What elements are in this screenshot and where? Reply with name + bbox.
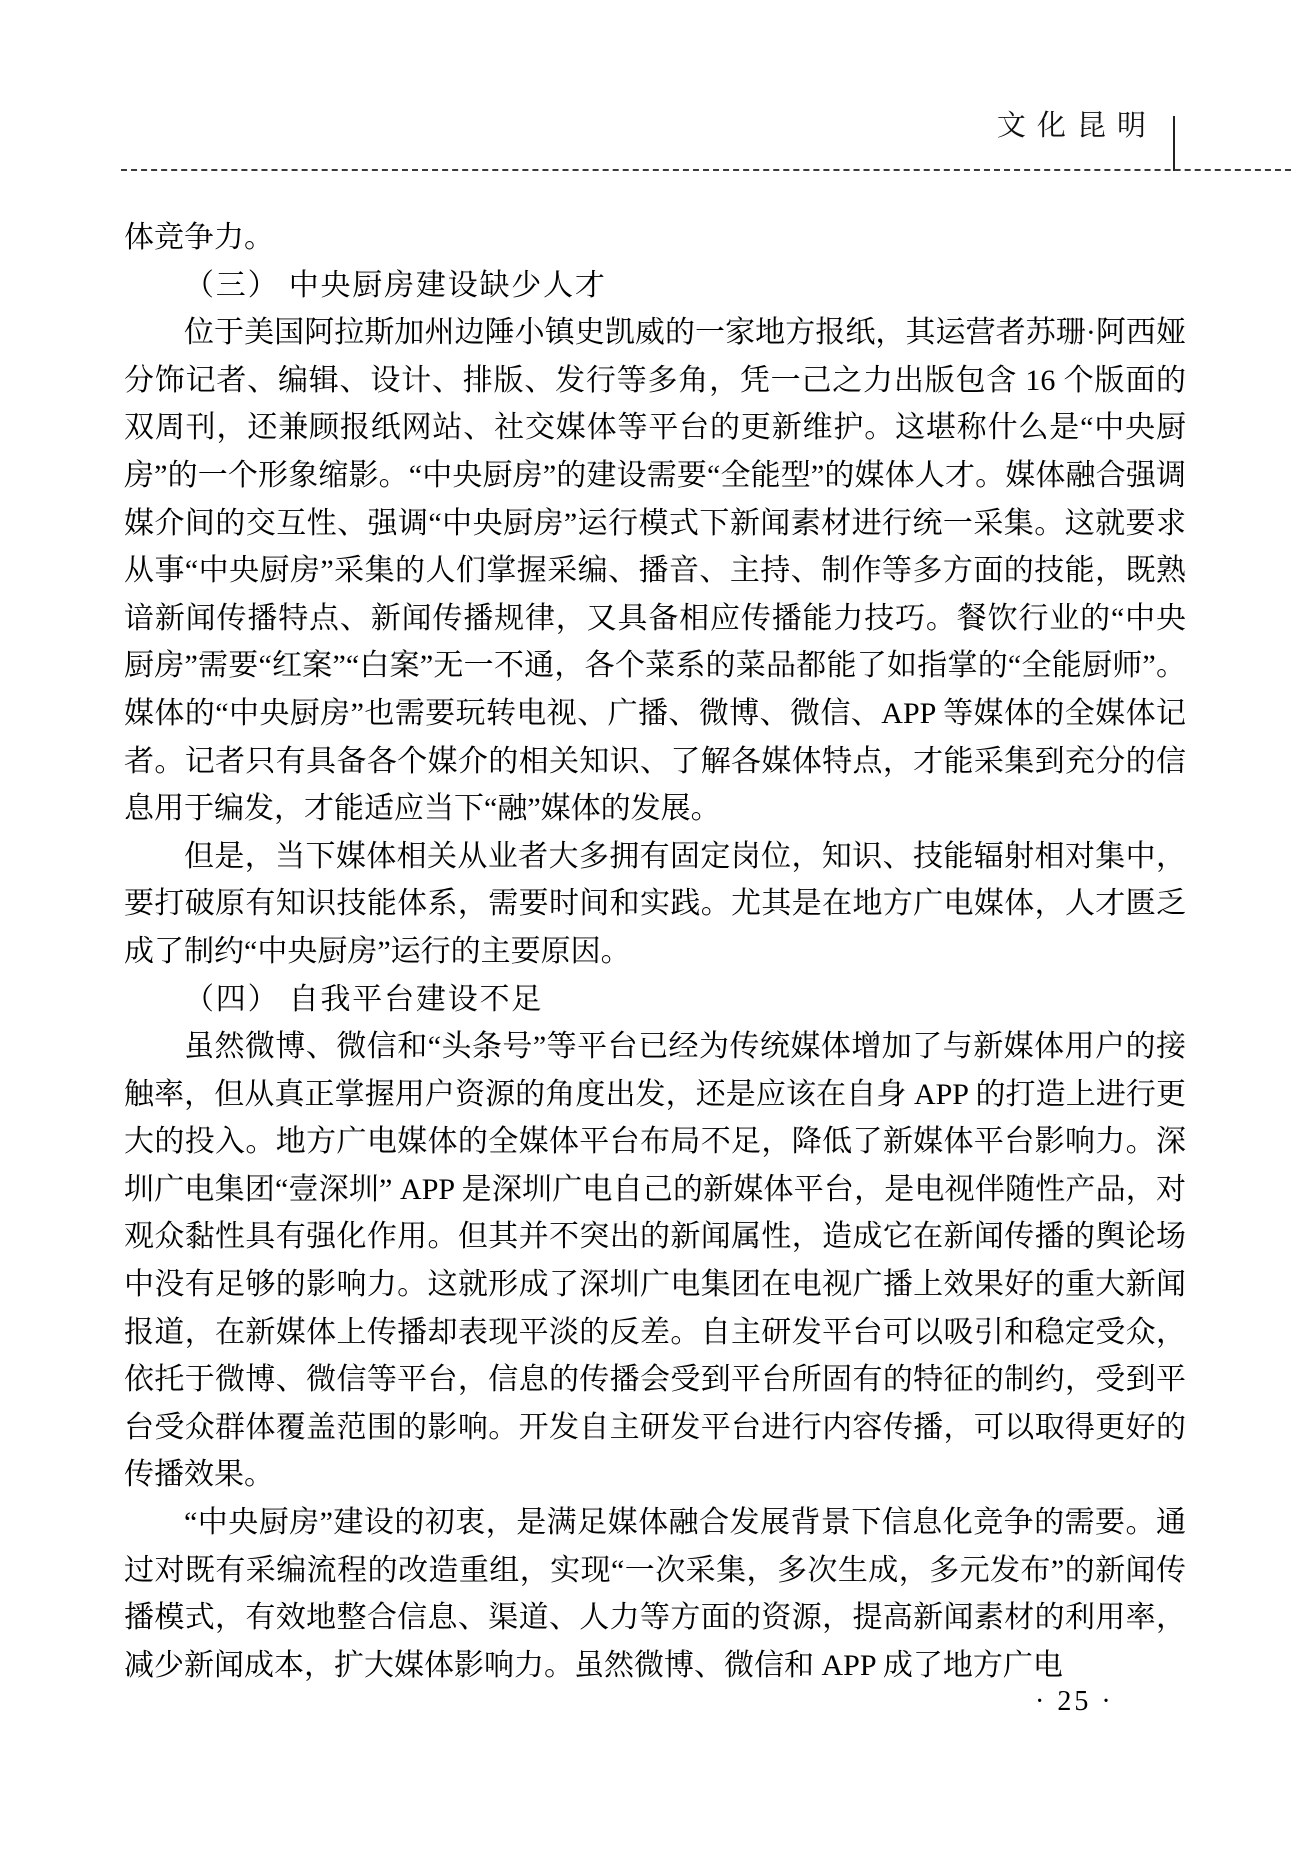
header-dashed-rule [121,169,1291,171]
paragraph: 位于美国阿拉斯加州边陲小镇史凯威的一家地方报纸，其运营者苏珊·阿西娅分饰记者、编… [124,309,1186,833]
section-heading-4: （四） 自我平台建设不足 [124,976,1186,1024]
section-heading-3: （三） 中央厨房建设缺少人才 [124,262,1186,310]
paragraph: “中央厨房”建设的初衷，是满足媒体融合发展背景下信息化竞争的需要。通过对既有采编… [124,1499,1186,1689]
body-text: 体竞争力。 （三） 中央厨房建设缺少人才 位于美国阿拉斯加州边陲小镇史凯威的一家… [124,214,1186,1689]
header-vertical-bar [1173,116,1175,171]
paragraph-continuation: 体竞争力。 [124,214,1186,262]
running-head-title: 文化昆明 [997,103,1157,144]
page-number: · 25 · [1035,1686,1114,1718]
document-page: 文化昆明 体竞争力。 （三） 中央厨房建设缺少人才 位于美国阿拉斯加州边陲小镇史… [0,0,1307,1859]
paragraph: 虽然微博、微信和“头条号”等平台已经为传统媒体增加了与新媒体用户的接触率，但从真… [124,1023,1186,1499]
paragraph: 但是，当下媒体相关从业者大多拥有固定岗位，知识、技能辐射相对集中，要打破原有知识… [124,833,1186,976]
